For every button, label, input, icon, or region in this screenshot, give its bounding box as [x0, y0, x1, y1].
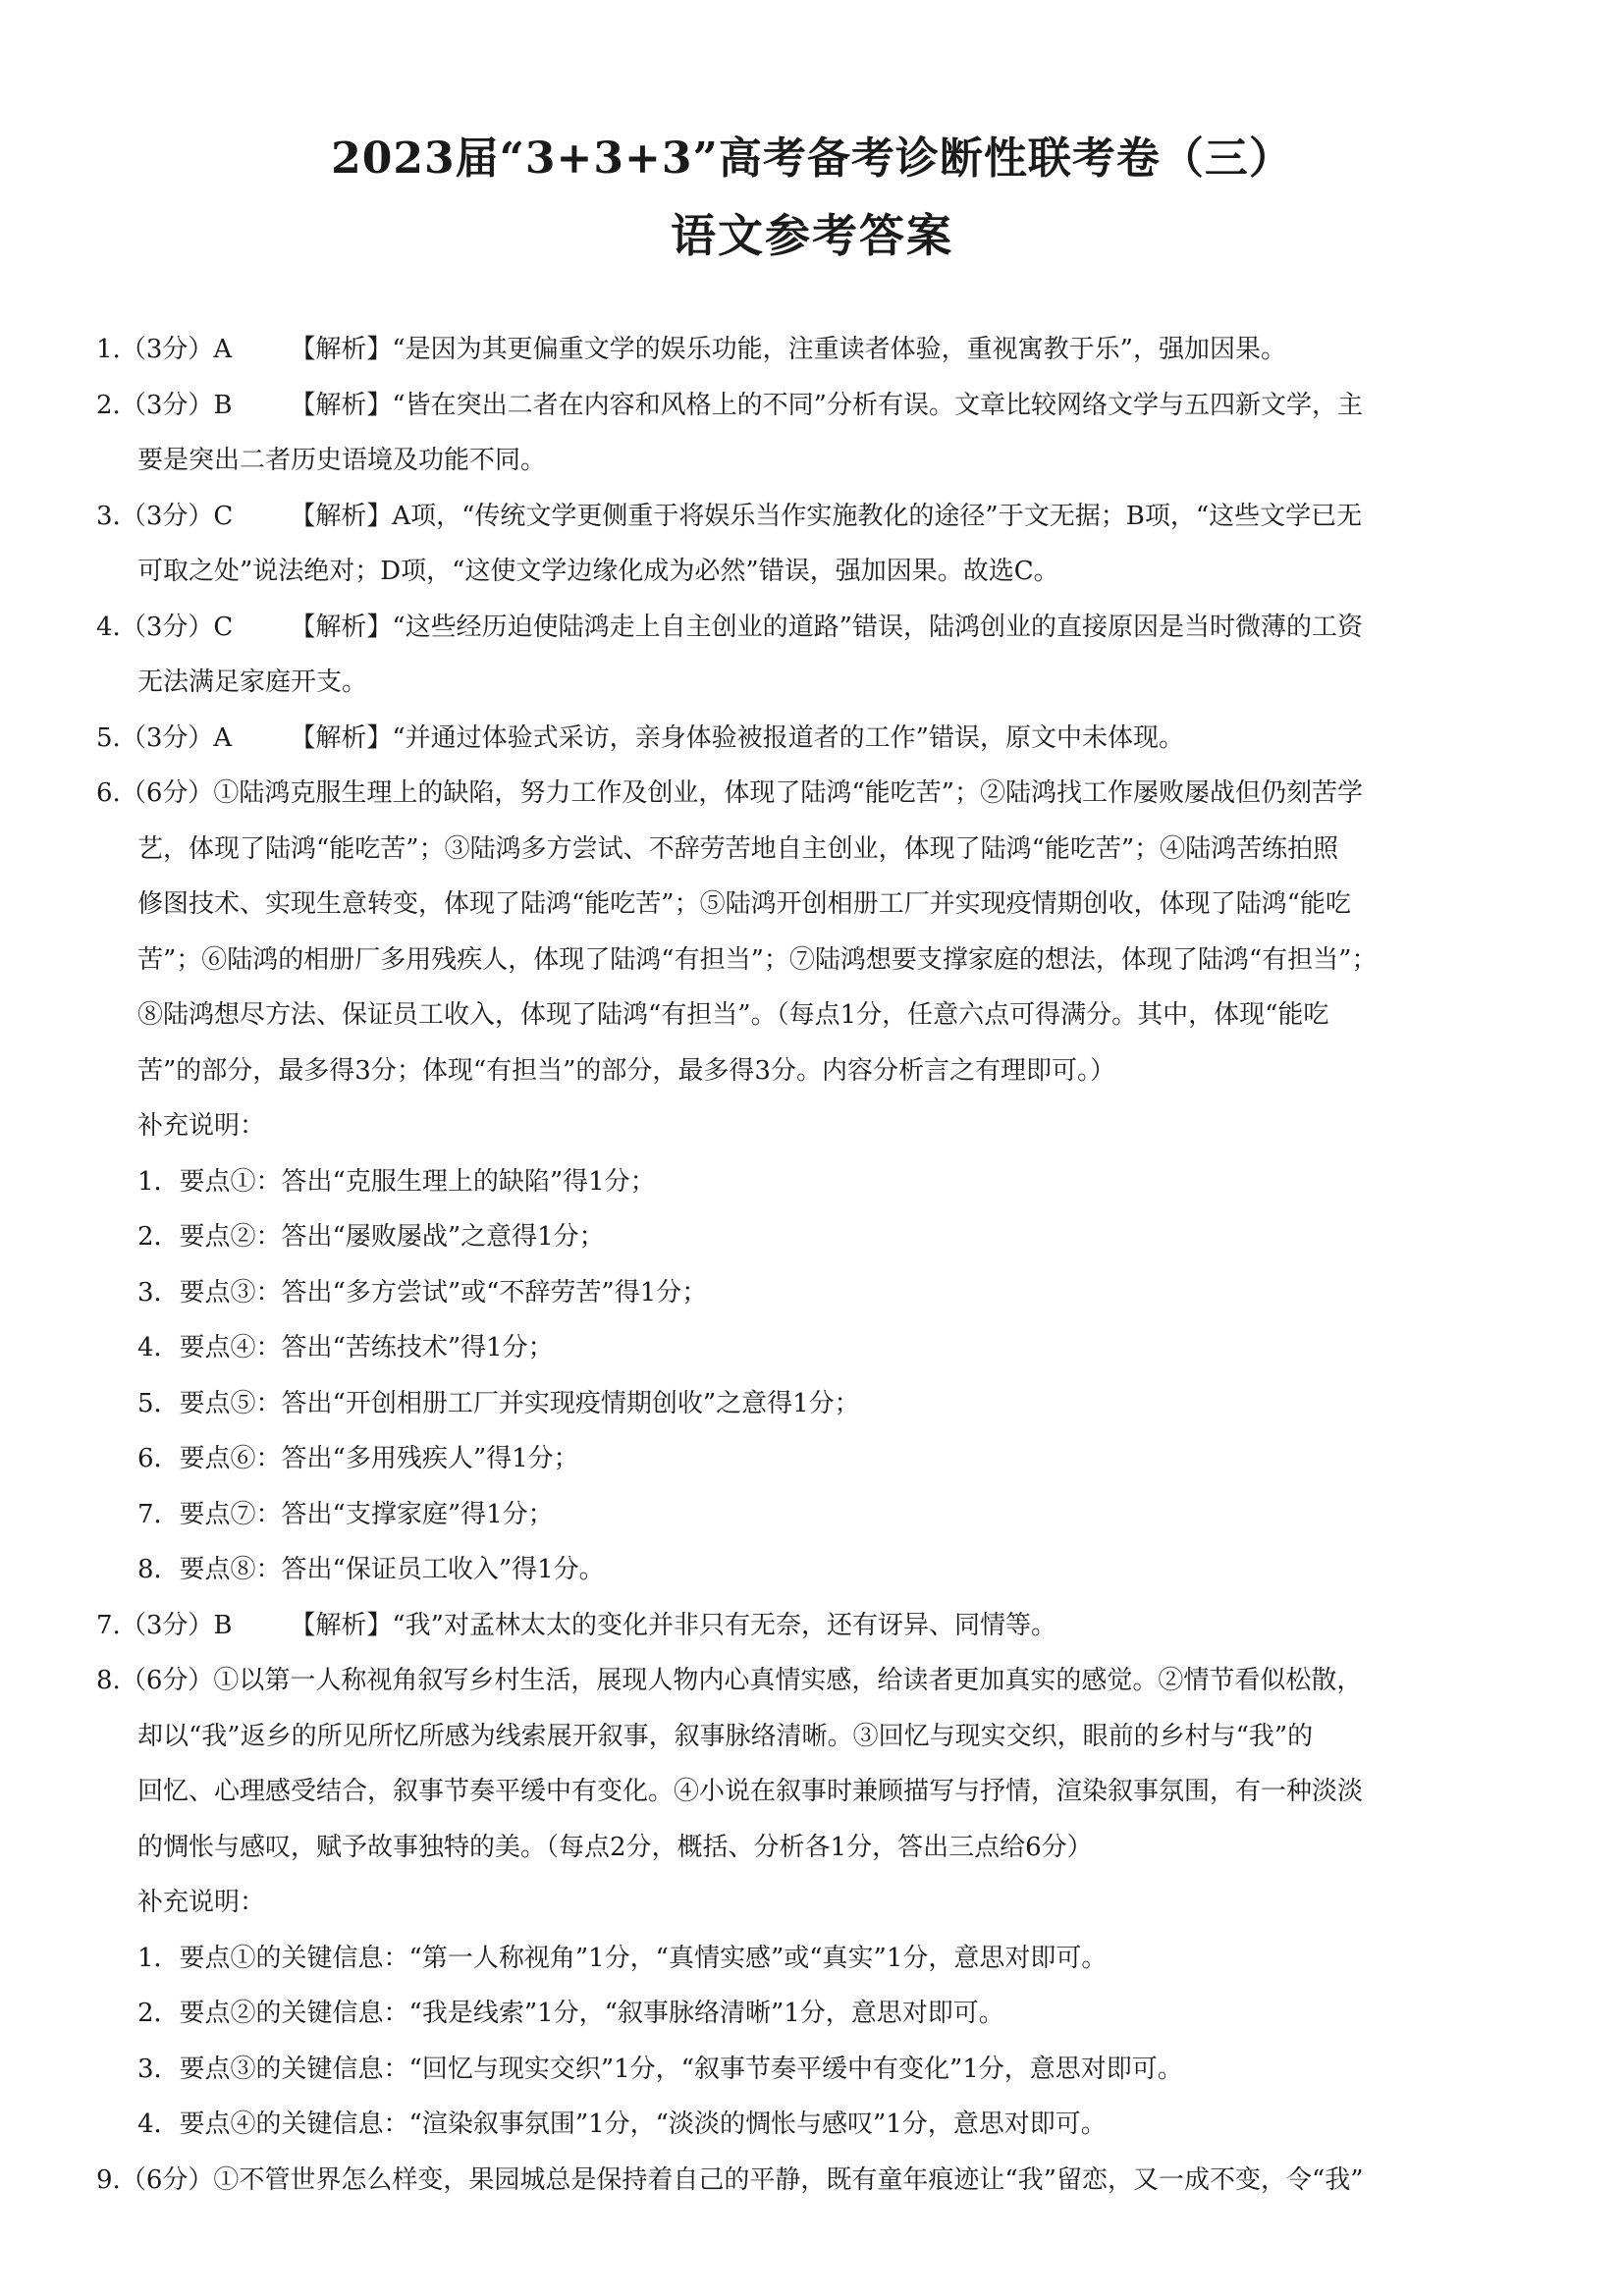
answer-choice: C — [213, 600, 290, 656]
supplement-item: 1．要点①：答出“克服生理上的缺陷”得1分； — [96, 1154, 1532, 1210]
supplement-item: 3．要点③的关键信息：“回忆与现实交织”1分，“叙事节奏平缓中有变化”1分，意思… — [96, 2042, 1532, 2098]
supplement-item: 2．要点②：答出“屡败屡战”之意得1分； — [96, 1209, 1532, 1265]
answer-choice: B — [213, 1598, 290, 1654]
supplement-item: 8．要点⑧：答出“保证员工收入”得1分。 — [96, 1542, 1532, 1598]
answer-item-2: 2.（3分）B【解析】“皆在突出二者在内容和风格上的不同”分析有误。文章比较网络… — [96, 378, 1532, 434]
answer-text: ①陆鸿克服生理上的缺陷，努力工作及创业，体现了陆鸿“能吃苦”；②陆鸿找工作屡败屡… — [213, 778, 1363, 808]
question-number: 9. — [96, 2153, 121, 2209]
supplement-item: 6．要点⑥：答出“多用残疾人”得1分； — [96, 1431, 1532, 1487]
answer-choice: C — [213, 489, 290, 545]
question-number: 2. — [96, 378, 121, 434]
answer-choice: B — [213, 378, 290, 434]
answer-list: 1.（3分）A【解析】“是因为其更偏重文学的娱乐功能，注重读者体验，重视寓教于乐… — [96, 322, 1532, 2208]
answer-text: ①不管世界怎么样变，果园城总是保持着自己的平静，既有童年痕迹让“我”留恋，又一成… — [213, 2165, 1363, 2195]
answer-explanation: 【解析】“并通过体验式采访，亲身体验被报道者的工作”错误，原文中未体现。 — [290, 723, 1184, 753]
question-number: 8. — [96, 1653, 121, 1709]
answer-item-1: 1.（3分）A【解析】“是因为其更偏重文学的娱乐功能，注重读者体验，重视寓教于乐… — [96, 322, 1532, 378]
answer-item-8: 8.（6分）①以第一人称视角叙写乡村生活，展现人物内心真情实感，给读者更加真实的… — [96, 1653, 1532, 1709]
question-score: （3分） — [121, 322, 214, 378]
answer-key-page: 2023届“3+3+3”高考备考诊断性联考卷（三） 语文参考答案 1.（3分）A… — [0, 0, 1624, 2296]
supplement-item: 4．要点④：答出“苦练技术”得1分； — [96, 1320, 1532, 1376]
answer-explanation-continued: 无法满足家庭开支。 — [96, 655, 1532, 711]
supplement-item: 1．要点①的关键信息：“第一人称视角”1分，“真情实感”或“真实”1分，意思对即… — [96, 1931, 1532, 1987]
question-score: （6分） — [121, 1653, 214, 1709]
answer-text-continued: 修图技术、实现生意转变，体现了陆鸿“能吃苦”；⑤陆鸿开创相册工厂并实现疫情期创收… — [96, 877, 1532, 933]
answer-explanation-continued: 可取之处”说法绝对；D项，“这使文学边缘化成为必然”错误，强加因果。故选C。 — [96, 544, 1532, 600]
question-score: （3分） — [121, 378, 214, 434]
question-score: （3分） — [121, 600, 214, 656]
supplement-title: 补充说明： — [96, 1875, 1532, 1931]
question-number: 3. — [96, 489, 121, 545]
answer-explanation: 【解析】A项，“传统文学更侧重于将娱乐当作实施教化的途径”于文无据；B项，“这些… — [290, 502, 1362, 531]
document-title: 2023届“3+3+3”高考备考诊断性联考卷（三） — [0, 130, 1624, 188]
answer-explanation: 【解析】“是因为其更偏重文学的娱乐功能，注重读者体验，重视寓教于乐”，强加因果。 — [290, 335, 1286, 364]
question-score: （3分） — [121, 489, 214, 545]
question-score: （6分） — [121, 766, 214, 822]
supplement-item: 4．要点④的关键信息：“渲染叙事氛围”1分，“淡淡的惆怅与感叹”1分，意思对即可… — [96, 2097, 1532, 2153]
question-score: （6分） — [121, 2153, 214, 2209]
answer-explanation-continued: 要是突出二者历史语境及功能不同。 — [96, 433, 1532, 489]
answer-text-continued: ⑧陆鸿想尽方法、保证员工收入，体现了陆鸿“有担当”。（每点1分，任意六点可得满分… — [96, 988, 1532, 1043]
answer-item-6: 6.（6分）①陆鸿克服生理上的缺陷，努力工作及创业，体现了陆鸿“能吃苦”；②陆鸿… — [96, 766, 1532, 822]
supplement-item: 5．要点⑤：答出“开创相册工厂并实现疫情期创收”之意得1分； — [96, 1376, 1532, 1432]
answer-item-3: 3.（3分）C【解析】A项，“传统文学更侧重于将娱乐当作实施教化的途径”于文无据… — [96, 489, 1532, 545]
supplement-title: 补充说明： — [96, 1098, 1532, 1154]
answer-choice: A — [213, 711, 290, 767]
answer-text-continued: 苦”的部分，最多得3分；体现“有担当”的部分，最多得3分。内容分析言之有理即可。… — [96, 1043, 1532, 1099]
answer-item-9: 9.（6分）①不管世界怎么样变，果园城总是保持着自己的平静，既有童年痕迹让“我”… — [96, 2153, 1532, 2209]
answer-item-4: 4.（3分）C【解析】“这些经历迫使陆鸿走上自主创业的道路”错误，陆鸿创业的直接… — [96, 600, 1532, 656]
answer-text-continued: 艺，体现了陆鸿“能吃苦”；③陆鸿多方尝试、不辞劳苦地自主创业，体现了陆鸿“能吃苦… — [96, 822, 1532, 878]
question-score: （3分） — [121, 1598, 214, 1654]
question-score: （3分） — [121, 711, 214, 767]
question-number: 5. — [96, 711, 121, 767]
supplement-item: 7．要点⑦：答出“支撑家庭”得1分； — [96, 1487, 1532, 1543]
supplement-item: 2．要点②的关键信息：“我是线索”1分，“叙事脉络清晰”1分，意思对即可。 — [96, 1986, 1532, 2042]
question-number: 7. — [96, 1598, 121, 1654]
answer-item-7: 7.（3分）B【解析】“我”对孟林太太的变化并非只有无奈，还有讶异、同情等。 — [96, 1598, 1532, 1654]
answer-text-continued: 回忆、心理感受结合，叙事节奏平缓中有变化。④小说在叙事时兼顾描写与抒情，渲染叙事… — [96, 1764, 1532, 1820]
answer-text-continued: 却以“我”返乡的所见所忆所感为线索展开叙事，叙事脉络清晰。③回忆与现实交织，眼前… — [96, 1709, 1532, 1765]
answer-explanation: 【解析】“我”对孟林太太的变化并非只有无奈，还有讶异、同情等。 — [290, 1611, 1056, 1640]
answer-text: ①以第一人称视角叙写乡村生活，展现人物内心真情实感，给读者更加真实的感觉。②情节… — [213, 1666, 1362, 1695]
answer-explanation: 【解析】“皆在突出二者在内容和风格上的不同”分析有误。文章比较网络文学与五四新文… — [290, 391, 1363, 420]
answer-choice: A — [213, 322, 290, 378]
answer-text-continued: 的惆怅与感叹，赋予故事独特的美。（每点2分，概括、分析各1分，答出三点给6分） — [96, 1820, 1532, 1876]
question-number: 1. — [96, 322, 121, 378]
answer-explanation: 【解析】“这些经历迫使陆鸿走上自主创业的道路”错误，陆鸿创业的直接原因是当时微薄… — [290, 613, 1363, 642]
supplement-item: 3．要点③：答出“多方尝试”或“不辞劳苦”得1分； — [96, 1265, 1532, 1321]
answer-text-continued: 苦”；⑥陆鸿的相册厂多用残疾人，体现了陆鸿“有担当”；⑦陆鸿想要支撑家庭的想法，… — [96, 933, 1532, 988]
answer-item-5: 5.（3分）A【解析】“并通过体验式采访，亲身体验被报道者的工作”错误，原文中未… — [96, 711, 1532, 767]
question-number: 6. — [96, 766, 121, 822]
document-subtitle: 语文参考答案 — [0, 206, 1624, 265]
question-number: 4. — [96, 600, 121, 656]
